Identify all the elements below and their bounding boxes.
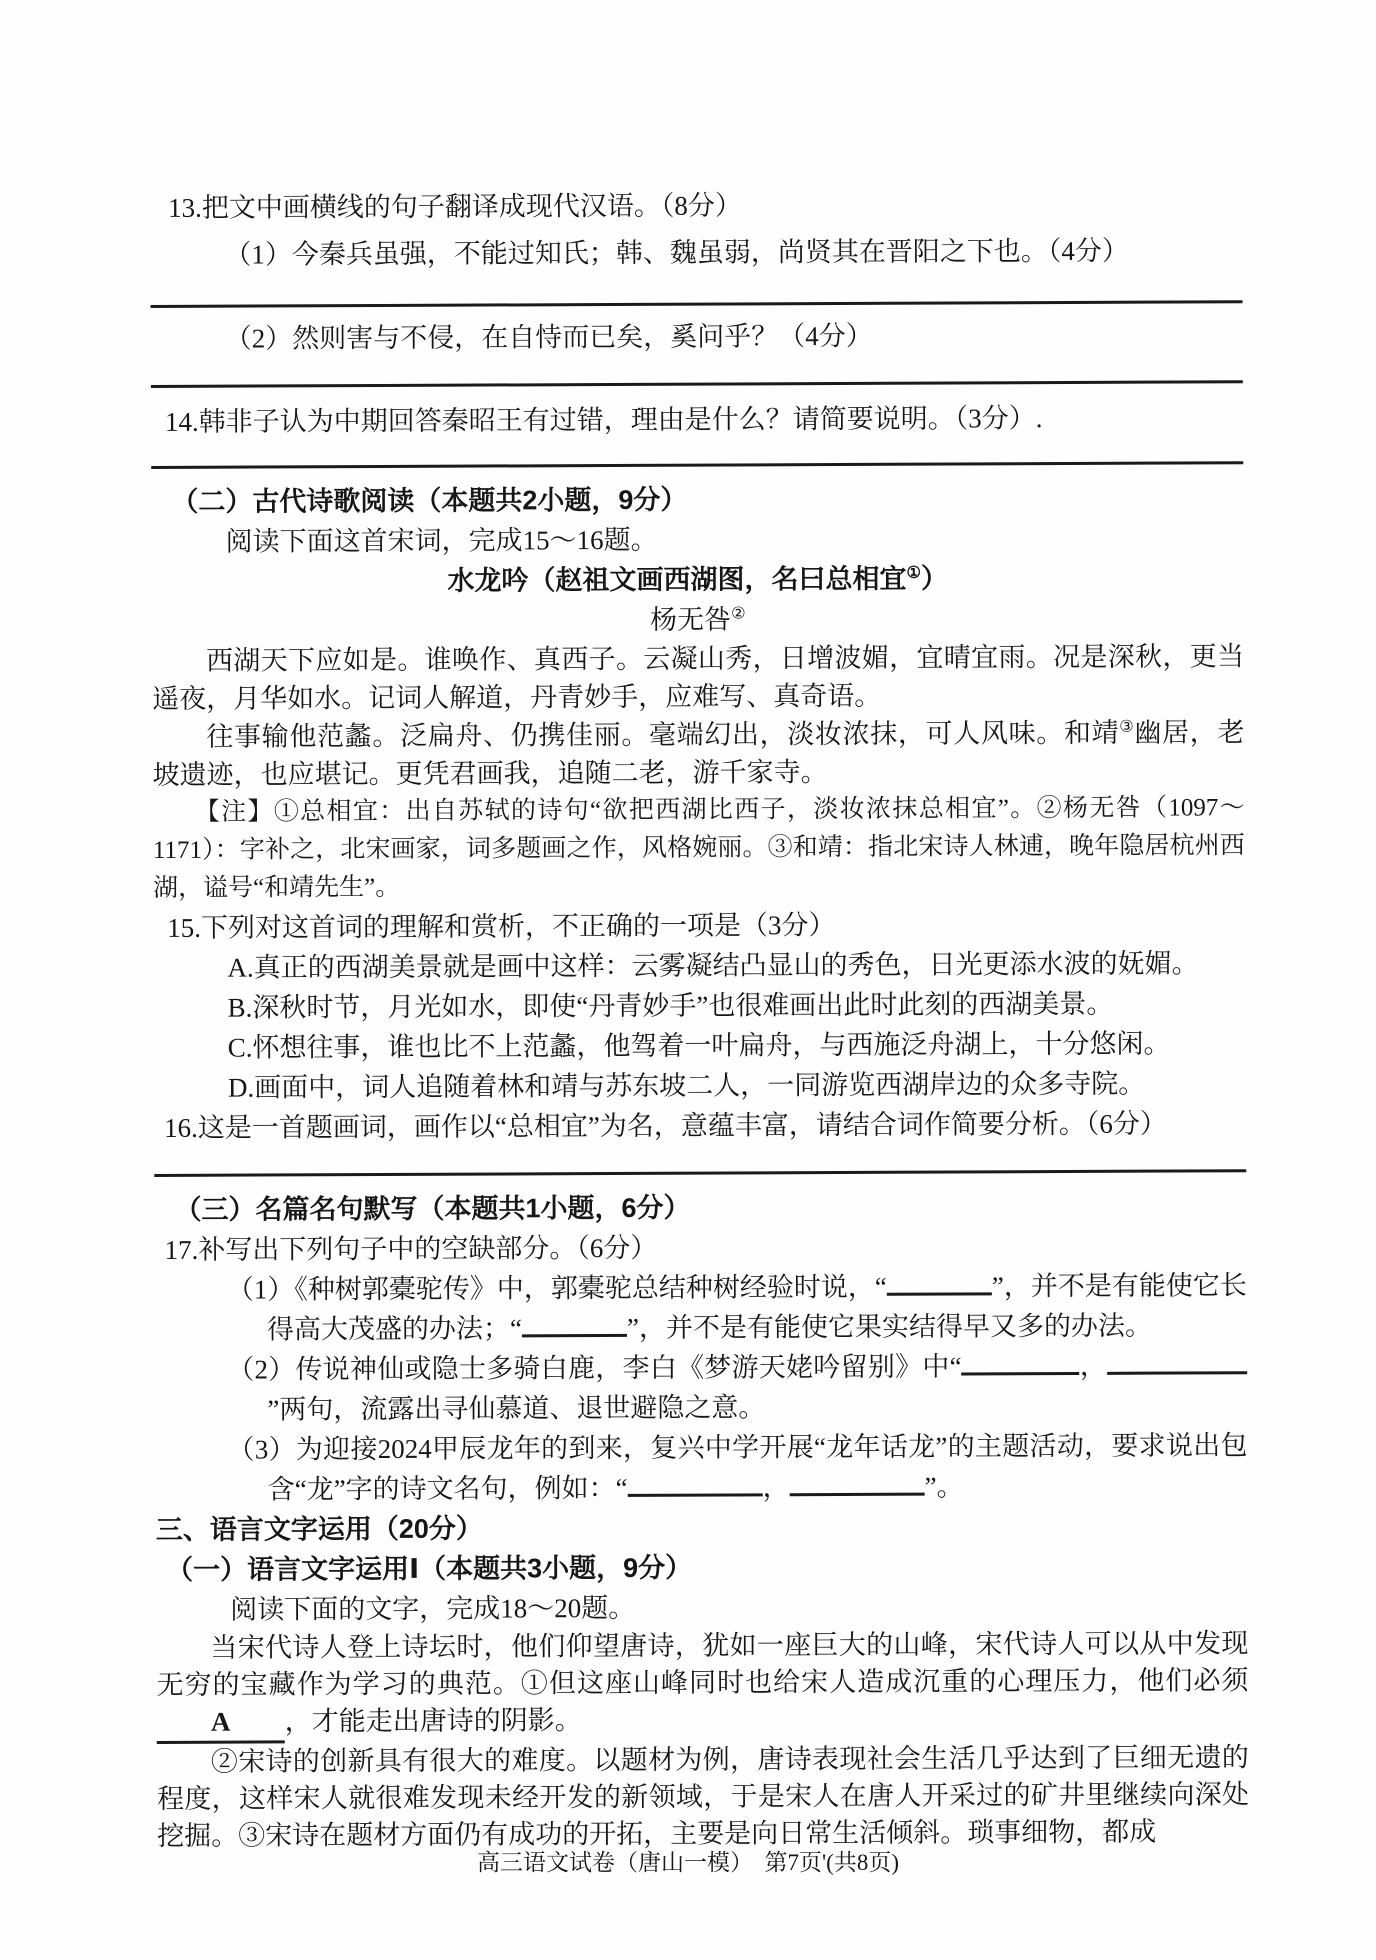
page-footer: 高三语文试卷（唐山一模） 第7页'(共8页) [0,1848,1376,1878]
q17-3-comma: ， [763,1472,790,1502]
blank-underline [887,1267,992,1296]
blank-underline [790,1467,925,1496]
section-title-dictation: （三）名篇名句默写（本题共1小题，6分） [174,1185,1246,1230]
footnote-marker-3: ③ [1119,718,1134,736]
section-subtitle-language-1: （一）语言文字运用Ⅰ（本题共3小题，9分） [166,1545,1248,1590]
poem-title-close: ） [921,564,948,594]
q13-part2: （2）然则害与不侵，在自恃而已矣，奚问乎？（4分） [225,314,1243,358]
q17-2-text-a: （2）传说神仙或隐士多骑白鹿，李白《梦游天姥吟留别》中“ [227,1351,962,1384]
page-content: 13.把文中画横线的句子翻译成现代汉语。（8分） （1）今秦兵虽强，不能过知氏；… [150,183,1249,1855]
q16-stem: 16.这是一首题画词，画作以“总相宜”为名，意蕴丰富，请结合词作简要分析。（6分… [164,1103,1246,1148]
answer-line [151,461,1243,469]
q17-2-quote: ” [267,1394,279,1424]
q17-stem: 17.补写出下列句子中的空缺部分。（6分） [165,1225,1247,1270]
q13-part1: （1）今秦兵虽强，不能过知氏；韩、魏虽弱，尚贤其在晋阳之下也。（4分） [224,230,1242,274]
q17-part1: （1）《种树郭橐驼传》中，郭橐驼总结种树经验时说，“”，并不是有能使它长得高大茂… [155,1265,1247,1350]
lang-p1-text-b: ，才能走出唐诗的阴影。 [285,1705,582,1736]
poetry-intro: 阅读下面这首宋词，完成15～16题。 [225,517,1243,561]
answer-line [154,1169,1246,1177]
q17-part2: （2）传说神仙或隐士多骑白鹿，李白《梦游天姥吟留别》中“，”两句，流露出寻仙慕道… [155,1345,1247,1430]
q17-part3: （3）为迎接2024甲辰龙年的到来，复兴中学开展“龙年话龙”的主题活动，要求说出… [155,1425,1247,1510]
section-title-poetry: （二）古代诗歌阅读（本题共2小题，9分） [171,477,1243,522]
q17-2-comma: ， [1080,1351,1108,1381]
q15-option-c: C.怀想往事，谁也比不上范蠡，他驾着一叶扁舟，与西施泛舟湖上，十分悠闲。 [228,1023,1246,1067]
language-intro: 阅读下面的文字，完成18～20题。 [230,1585,1248,1629]
blank-underline [628,1468,763,1497]
section-title-language: 三、语言文字运用（20分） [156,1505,1248,1550]
poem-title-text: 水龙吟（赵祖文画西湖图，名曰总相宜 [447,564,906,596]
blank-underline [962,1346,1080,1375]
blank-underline [522,1308,627,1337]
footnote-marker-1: ① [906,564,921,582]
q15-option-b: B.深秋时节，月光如水，即使“丹青妙手”也很难画出此时此刻的西湖美景。 [227,983,1245,1027]
answer-line [151,300,1243,308]
q17-1-text-a: （1）《种树郭橐驼传》中，郭橐驼总结种树经验时说，“ [227,1272,887,1305]
poem-footnotes: 【注】①总相宜：出自苏轼的诗句“欲把西湖比西子，淡妆浓抹总相宜”。②杨无咎（10… [153,789,1245,908]
blank-a-underline: A [157,1703,285,1744]
answer-line [151,380,1243,388]
lang-p1-text-a: 当宋代诗人登上诗坛时，他们仰望唐诗，犹如一座巨大的山峰，宋代诗人可以从中发现无穷… [156,1628,1248,1700]
q17-3-text-b: ”。 [925,1471,964,1501]
footnote-marker-2: ② [731,604,746,622]
poem-stanza-2: 往事输他范蠡。泛扁舟、仍携佳丽。毫端幻出，淡妆浓抹，可人风味。和靖③幽居，老坡遗… [152,713,1244,794]
poem-author: 杨无咎② [152,597,1244,642]
language-paragraph-1: 当宋代诗人登上诗坛时，他们仰望唐诗，犹如一座巨大的山峰，宋代诗人可以从中发现无穷… [156,1625,1248,1744]
stanza2-text-a: 往事输他范蠡。泛扁舟、仍携佳丽。毫端幻出，淡妆浓抹，可人风味。和靖 [206,718,1119,752]
q13-stem: 13.把文中画横线的句子翻译成现代汉语。（8分） [168,183,1242,228]
q17-1-text-c: ”，并不是有能使它果实结得早又多的办法。 [627,1311,1152,1343]
exam-page: 13.把文中画横线的句子翻译成现代汉语。（8分） （1）今秦兵虽强，不能过知氏；… [0,0,1376,1960]
q15-stem: 15.下列对这首词的理解和赏析，不正确的一项是（3分） [167,903,1245,948]
poem-author-name: 杨无咎 [650,604,731,634]
language-paragraph-2: ②宋诗的创新具有很大的难度。以题材为例，唐诗表现社会生活几乎达到了巨细无遗的程度… [157,1739,1249,1855]
q15-option-a: A.真正的西湖美景就是画中这样：云雾凝结凸显山的秀色，日光更添水波的妩媚。 [227,943,1245,987]
q17-2-text-b: 两句，流露出寻仙慕道、退世避隐之意。 [279,1392,765,1424]
q15-option-d: D.画面中，词人追随着林和靖与苏东坡二人，一同游览西湖岸边的众多寺院。 [228,1063,1246,1107]
poem-stanza-1: 西湖天下应如是。谁唤作、真西子。云凝山秀，日增波媚，宜晴宜雨。况是深秋，更当遥夜… [152,637,1244,718]
blank-underline [1107,1346,1247,1375]
q14-stem: 14.韩非子认为中期回答秦昭王有过错，理由是什么？请简要说明。（3分）. [165,397,1243,442]
poem-title: 水龙吟（赵祖文画西湖图，名曰总相宜①） [152,557,1244,602]
